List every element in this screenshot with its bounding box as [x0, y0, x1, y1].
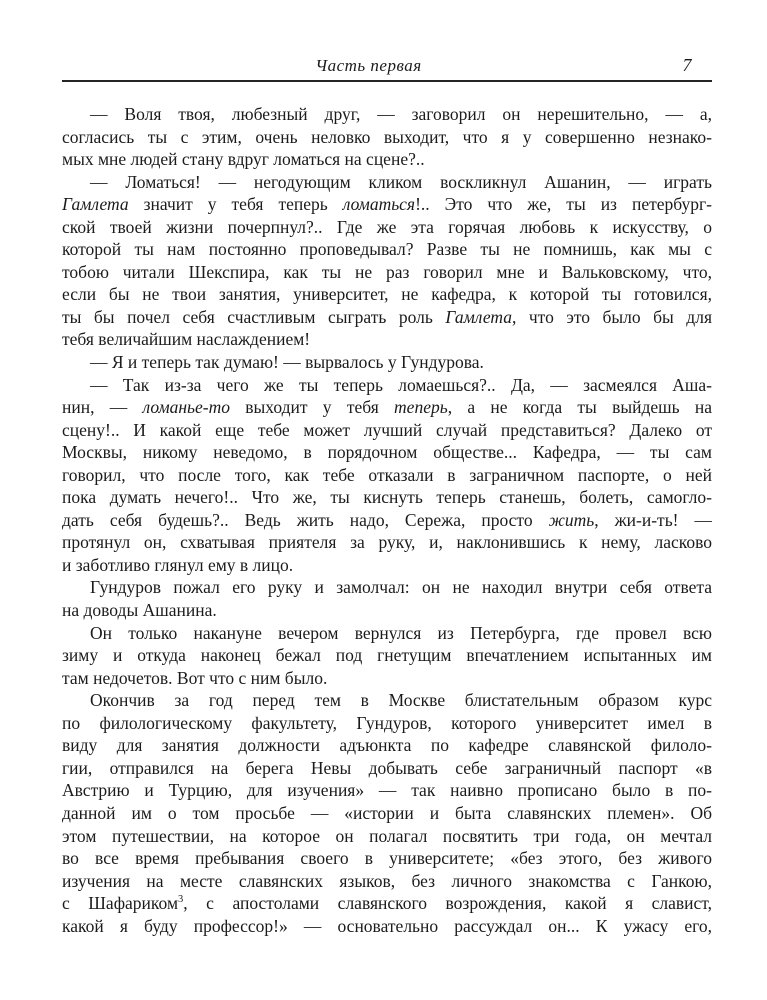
text-line: ты бы почел себя счастливым сыграть роль…	[62, 306, 712, 329]
text-line: тобою читали Шекспира, как ты не раз гов…	[62, 261, 712, 284]
text-segment: ломаться	[343, 194, 415, 214]
text-segment: с Шафариком	[62, 893, 178, 913]
text-line: с Шафариком3, с апостолами славянского в…	[62, 892, 712, 915]
page-number: 7	[674, 54, 700, 76]
text-segment: гии, отправился на берега Невы добывать …	[62, 758, 712, 778]
text-segment: по филологическому факультету, Гундуров,…	[62, 713, 712, 733]
text-segment: ты бы почел себя счастливым сыграть роль	[62, 307, 445, 327]
text-line: — Я и теперь так думаю! — вырвалось у Гу…	[62, 351, 712, 374]
text-line: — Так из-за чего же ты теперь ломаешься?…	[62, 374, 712, 397]
text-line: зиму и откуда наконец бежал под гнетущим…	[62, 644, 712, 667]
text-segment: нин, —	[62, 397, 143, 417]
text-line: виду для занятия должности адъюнкта по к…	[62, 734, 712, 757]
text-segment: , жи-и-ть! —	[594, 510, 712, 530]
running-head-title: Часть первая	[62, 56, 675, 76]
text-segment: тобою читали Шекспира, как ты не раз гов…	[62, 262, 712, 282]
text-segment: выходит у тебя	[230, 397, 394, 417]
text-segment: данной им о том просьбе — «истории и быт…	[62, 803, 712, 823]
text-line: на доводы Ашанина.	[62, 599, 712, 622]
text-line: мых мне людей стану вдруг ломаться на сц…	[62, 148, 712, 171]
text-line: Гундуров пожал его руку и замолчал: он н…	[62, 576, 712, 599]
text-segment: — Я и теперь так думаю! — вырвалось у Гу…	[90, 352, 484, 372]
text-line: дать себя будешь?.. Ведь жить надо, Сере…	[62, 509, 712, 532]
text-segment: , а не когда ты выйдешь на	[448, 397, 712, 417]
text-line: по филологическому факультету, Гундуров,…	[62, 712, 712, 735]
text-segment: — Так из-за чего же ты теперь ломаешься?…	[90, 375, 712, 395]
text-segment: , с апостолами славянского возрождения, …	[183, 893, 712, 913]
text-line: которой ты нам постоянно проповедывал? Р…	[62, 238, 712, 261]
text-line: протянул он, схватывая приятеля за руку,…	[62, 531, 712, 554]
text-segment: ской твоей жизни почерпнул?.. Где же эта…	[62, 217, 712, 237]
text-line: ской твоей жизни почерпнул?.. Где же эта…	[62, 216, 712, 239]
text-line: пока думать нечего!.. Что же, ты киснуть…	[62, 486, 712, 509]
text-segment: виду для занятия должности адъюнкта по к…	[62, 735, 712, 755]
text-segment: на доводы Ашанина.	[62, 600, 217, 620]
text-segment: сцену!.. И какой еще тебе может лучший с…	[62, 420, 712, 440]
text-segment: которой ты нам постоянно проповедывал? Р…	[62, 239, 712, 259]
text-line: изучения на месте славянских языков, без…	[62, 870, 712, 893]
text-line: согласись ты с этим, очень неловко выход…	[62, 126, 712, 149]
text-segment: какой я буду профессор!» — основательно …	[62, 916, 712, 936]
text-line: сцену!.. И какой еще тебе может лучший с…	[62, 419, 712, 442]
text-segment: Он только накануне вечером вернулся из П…	[90, 623, 712, 643]
text-segment: Гундуров пожал его руку и замолчал: он н…	[90, 577, 712, 597]
text-segment: говорил, что после того, как тебе отказа…	[62, 465, 712, 485]
text-segment: согласись ты с этим, очень неловко выход…	[62, 127, 712, 147]
text-segment: изучения на месте славянских языков, без…	[62, 871, 712, 891]
text-line: — Ломаться! — негодующим кликом воскликн…	[62, 171, 712, 194]
text-line: этом путешествии, на которое он полагал …	[62, 825, 712, 848]
text-segment: если бы не твои занятия, университет, не…	[62, 284, 712, 304]
text-segment: тебя величайшим наслаждением!	[62, 329, 310, 349]
book-page: Часть первая 7 — Воля твоя, любезный дру…	[0, 0, 767, 1000]
text-segment: теперь	[394, 397, 448, 417]
text-line: Москвы, никому неведомо, в порядочном об…	[62, 441, 712, 464]
text-segment: и заботливо глянул ему в лицо.	[62, 555, 293, 575]
text-line: там недочетов. Вот что с ним было.	[62, 667, 712, 690]
text-segment: зиму и откуда наконец бежал под гнетущим…	[62, 645, 712, 665]
text-line: — Воля твоя, любезный друг, — заговорил …	[62, 103, 712, 126]
text-segment: Гамлета	[445, 307, 512, 327]
text-segment: — Воля твоя, любезный друг, — заговорил …	[90, 104, 712, 124]
text-segment: мых мне людей стану вдруг ломаться на сц…	[62, 149, 425, 169]
text-line: Австрию и Турцию, для изучения» — так на…	[62, 779, 712, 802]
text-line: тебя величайшим наслаждением!	[62, 328, 712, 351]
text-line: во все время пребывания своего в универс…	[62, 847, 712, 870]
text-line: данной им о том просьбе — «истории и быт…	[62, 802, 712, 825]
text-segment: Москвы, никому неведомо, в порядочном об…	[62, 442, 712, 462]
text-line: Он только накануне вечером вернулся из П…	[62, 622, 712, 645]
text-segment: жить	[549, 510, 595, 530]
text-segment: Австрию и Турцию, для изучения» — так на…	[62, 780, 712, 800]
text-segment: — Ломаться! — негодующим кликом воскликн…	[90, 172, 712, 192]
text-segment: этом путешествии, на которое он полагал …	[62, 826, 712, 846]
text-segment: Гамлета	[62, 194, 129, 214]
text-line: говорил, что после того, как тебе отказа…	[62, 464, 712, 487]
body-text: — Воля твоя, любезный друг, — заговорил …	[62, 103, 712, 937]
text-segment: ломанье-то	[143, 397, 230, 417]
text-segment: пока думать нечего!.. Что же, ты киснуть…	[62, 487, 712, 507]
text-line: если бы не твои занятия, университет, не…	[62, 283, 712, 306]
text-segment: во все время пребывания своего в универс…	[62, 848, 712, 868]
text-segment: , что это было бы для	[512, 307, 712, 327]
text-segment: Окончив за год перед тем в Москве блиста…	[90, 690, 712, 710]
text-segment: там недочетов. Вот что с ним было.	[62, 668, 327, 688]
text-line: какой я буду профессор!» — основательно …	[62, 915, 712, 938]
text-line: гии, отправился на берега Невы добывать …	[62, 757, 712, 780]
text-line: нин, — ломанье-то выходит у тебя теперь,…	[62, 396, 712, 419]
header-rule	[62, 80, 712, 82]
text-segment: дать себя будешь?.. Ведь жить надо, Сере…	[62, 510, 549, 530]
text-segment: значит у тебя теперь	[129, 194, 343, 214]
text-line: Окончив за год перед тем в Москве блиста…	[62, 689, 712, 712]
text-line: Гамлета значит у тебя теперь ломаться!..…	[62, 193, 712, 216]
text-line: и заботливо глянул ему в лицо.	[62, 554, 712, 577]
text-segment: !.. Это что же, ты из петербург-	[415, 194, 712, 214]
text-segment: протянул он, схватывая приятеля за руку,…	[62, 532, 712, 552]
